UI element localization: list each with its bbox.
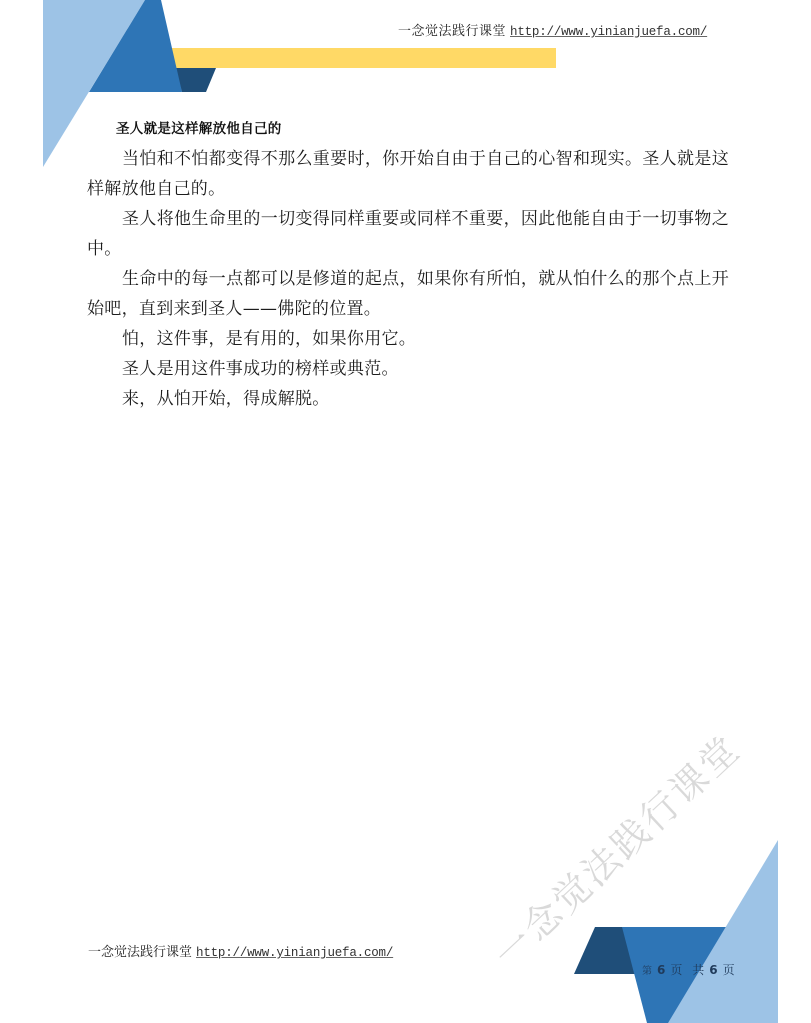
header-site-name: 一念觉法践行课堂 bbox=[398, 24, 506, 39]
paragraph: 当怕和不怕都变得不那么重要时，你开始自由于自己的心智和现实。圣人就是这样解放他自… bbox=[87, 144, 729, 204]
paragraph: 圣人是用这件事成功的榜样或典范。 bbox=[87, 354, 729, 384]
section-title: 圣人就是这样解放他自己的 bbox=[87, 118, 729, 140]
page-footer: 一念觉法践行课堂http://www.yinianjuefa.com/ bbox=[88, 945, 393, 961]
document-page: 一念觉法践行课堂http://www.yinianjuefa.com/ 圣人就是… bbox=[0, 0, 811, 1023]
header-url-link[interactable]: http://www.yinianjuefa.com/ bbox=[510, 25, 707, 39]
current-page: 6 bbox=[657, 963, 665, 977]
yellow-bar bbox=[170, 48, 556, 68]
page-header: 一念觉法践行课堂http://www.yinianjuefa.com/ bbox=[398, 24, 707, 40]
total-unit: 页 bbox=[723, 963, 735, 977]
paragraph: 来，从怕开始，得成解脱。 bbox=[87, 384, 729, 414]
paragraph: 怕，这件事，是有用的，如果你用它。 bbox=[87, 324, 729, 354]
page-unit: 页 bbox=[670, 963, 682, 977]
page-prefix: 第 bbox=[642, 966, 652, 977]
total-label: 共 bbox=[692, 963, 704, 977]
paragraph: 生命中的每一点都可以是修道的起点，如果你有所怕，就从怕什么的那个点上开始吧，直到… bbox=[87, 264, 729, 324]
total-pages: 6 bbox=[709, 963, 717, 977]
document-body: 圣人就是这样解放他自己的 当怕和不怕都变得不那么重要时，你开始自由于自己的心智和… bbox=[87, 118, 729, 414]
footer-site-name: 一念觉法践行课堂 bbox=[88, 945, 192, 960]
paragraph: 圣人将他生命里的一切变得同样重要或同样不重要，因此他能自由于一切事物之中。 bbox=[87, 204, 729, 264]
page-number: 第6页 共6页 bbox=[642, 961, 735, 978]
footer-url-link[interactable]: http://www.yinianjuefa.com/ bbox=[196, 946, 393, 960]
